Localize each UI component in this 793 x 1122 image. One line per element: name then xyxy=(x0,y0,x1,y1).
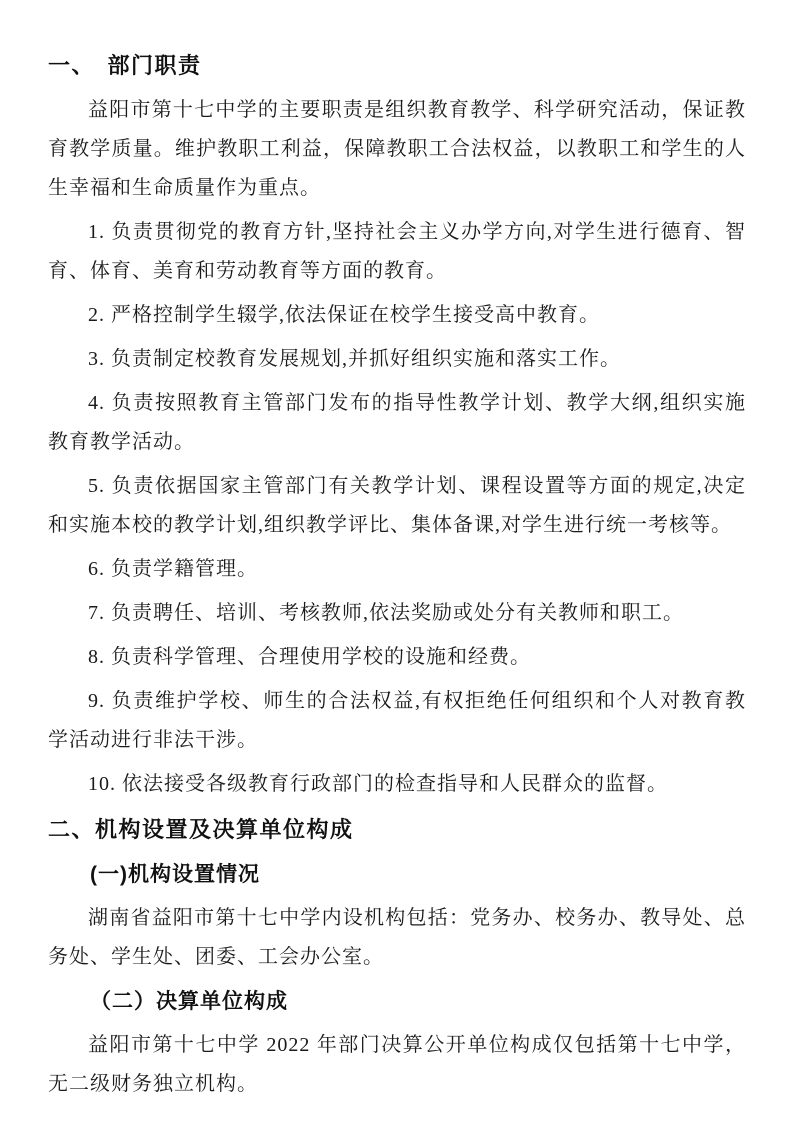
duty-item-6: 6. 负责学籍管理。 xyxy=(48,550,746,589)
duty-item-3: 3. 负责制定校教育发展规划,并抓好组织实施和落实工作。 xyxy=(48,340,746,379)
subsection-heading-org-setup: (一)机构设置情况 xyxy=(48,855,746,894)
duty-item-7: 7. 负责聘任、培训、考核教师,依法奖励或处分有关教师和职工。 xyxy=(48,594,746,633)
section-heading-duties: 一、 部门职责 xyxy=(48,46,746,86)
unit-composition-paragraph: 益阳市第十七中学 2022 年部门决算公开单位构成仅包括第十七中学，无二级财务独… xyxy=(48,1026,746,1104)
duty-item-4: 4. 负责按照教育主管部门发布的指导性教学计划、教学大纲,组织实施教育教学活动。 xyxy=(48,384,746,462)
duty-item-8: 8. 负责科学管理、合理使用学校的设施和经费。 xyxy=(48,638,746,677)
intro-paragraph: 益阳市第十七中学的主要职责是组织教育教学、科学研究活动，保证教育教学质量。维护教… xyxy=(48,91,746,208)
duty-item-2: 2. 严格控制学生辍学,依法保证在校学生接受高中教育。 xyxy=(48,296,746,335)
subsection-heading-unit-composition: （二）决算单位构成 xyxy=(48,982,746,1021)
duty-item-9: 9. 负责维护学校、师生的合法权益,有权拒绝任何组织和个人对教育教学活动进行非法… xyxy=(48,682,746,760)
section-heading-structure: 二、机构设置及决算单位构成 xyxy=(48,810,746,850)
duty-item-10: 10. 依法接受各级教育行政部门的检查指导和人民群众的监督。 xyxy=(48,765,746,804)
document-page: 一、 部门职责 益阳市第十七中学的主要职责是组织教育教学、科学研究活动，保证教育… xyxy=(0,0,793,1122)
org-setup-paragraph: 湖南省益阳市第十七中学内设机构包括：党务办、校务办、教导处、总务处、学生处、团委… xyxy=(48,899,746,977)
duty-item-5: 5. 负责依据国家主管部门有关教学计划、课程设置等方面的规定,决定和实施本校的教… xyxy=(48,467,746,545)
duty-item-1: 1. 负责贯彻党的教育方针,坚持社会主义办学方向,对学生进行德育、智育、体育、美… xyxy=(48,213,746,291)
